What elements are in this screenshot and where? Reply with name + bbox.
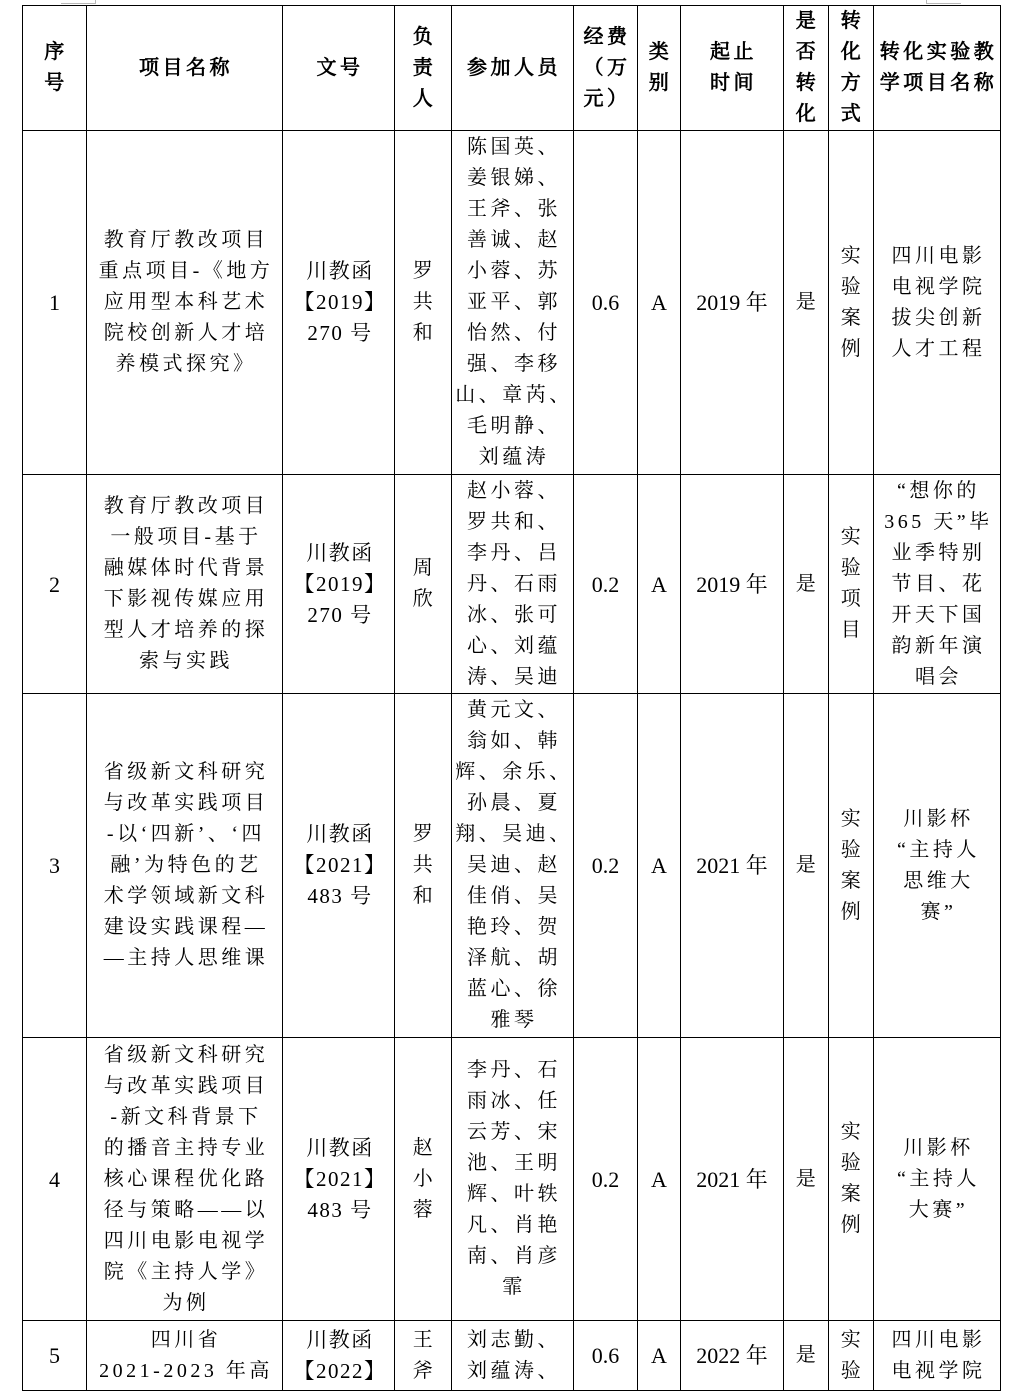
cell-conversion-method: 实验案例: [829, 1038, 874, 1321]
cell-project-name: 省级新文科研究 与改革实践项目 -新文科背景下 的播音主持专业 核心课程优化路 …: [87, 1038, 283, 1321]
funding-value: 0.6: [574, 287, 637, 318]
leader-name: 赵小蓉: [410, 1133, 437, 1226]
participants-list: 黄元文、 翁如、韩 辉、余乐、 孙晨、夏 翔、吴迪、 吴迪、赵 佳俏、吴 艳玲、…: [452, 695, 573, 1036]
project-name: 省级新文科研究 与改革实践项目 -新文科背景下 的播音主持专业 核心课程优化路 …: [87, 1040, 282, 1319]
cell-participants: 赵小蓉、 罗共和、 李丹、吕 丹、石雨 冰、张可 心、刘蕴 涛、吴迪: [452, 475, 574, 694]
cell-funding: 0.2: [574, 1038, 638, 1321]
cell-conversion-method: 实验项目: [829, 475, 874, 694]
cell-doc-no: 川教函 【2021】 483 号: [283, 1038, 395, 1321]
cell-period: 2019 年: [681, 131, 784, 475]
header-category-label: 类别: [646, 37, 673, 99]
cell-conversion-method: 实验案例: [829, 694, 874, 1038]
header-row: 序号 项目名称 文号 负责人 参加人员 经费 （万 元） 类别 起止 时间 是否…: [23, 6, 1001, 131]
cell-funding: 0.2: [574, 694, 638, 1038]
leader-name: 罗共和: [410, 256, 437, 349]
header-converted-project-name: 转化实验教 学项目名称: [874, 6, 1001, 131]
header-converted-project-name-label: 转化实验教 学项目名称: [874, 37, 1000, 99]
cell-index: 5: [23, 1321, 87, 1391]
category-value: A: [638, 1164, 680, 1195]
page-corner-mark-left: [61, 0, 96, 4]
converted-project-name: 四川电影 电视学院 拔尖创新 人才工程: [874, 241, 1000, 365]
cell-leader: 罗共和: [395, 694, 452, 1038]
header-period: 起止 时间: [681, 6, 784, 131]
period-value: 2019 年: [681, 287, 783, 318]
converted-project-name: 川影杯 “主持人 思维大 赛”: [874, 804, 1000, 928]
table-row: 1 教育厅教改项目 重点项目-《地方 应用型本科艺术 院校创新人才培 养模式探究…: [23, 131, 1001, 475]
period-value: 2019 年: [681, 569, 783, 600]
doc-no: 川教函 【2019】 270 号: [283, 538, 394, 631]
doc-no: 川教函 【2022】: [283, 1325, 394, 1387]
period-value: 2021 年: [681, 1164, 783, 1195]
cell-doc-no: 川教函 【2022】: [283, 1321, 395, 1391]
converted-value: 是: [793, 1164, 820, 1195]
cell-leader: 罗共和: [395, 131, 452, 475]
header-participants-label: 参加人员: [452, 53, 573, 84]
cell-converted: 是: [784, 1321, 829, 1391]
category-value: A: [638, 569, 680, 600]
cell-project-name: 教育厅教改项目 重点项目-《地方 应用型本科艺术 院校创新人才培 养模式探究》: [87, 131, 283, 475]
conversion-method: 实验案例: [838, 804, 865, 928]
header-funding: 经费 （万 元）: [574, 6, 638, 131]
header-project-name-label: 项目名称: [87, 53, 282, 84]
header-doc-no: 文号: [283, 6, 395, 131]
doc-no: 川教函 【2021】 483 号: [283, 819, 394, 912]
cell-conversion-method: 实验: [829, 1321, 874, 1391]
participants-list: 陈国英、 姜银娣、 王斧、张 善诚、赵 小蓉、苏 亚平、郭 怡然、付 强、李移 …: [452, 132, 573, 473]
cell-converted: 是: [784, 131, 829, 475]
cell-leader: 周欣: [395, 475, 452, 694]
cell-category: A: [638, 475, 681, 694]
row-index: 2: [23, 569, 86, 600]
conversion-method: 实验项目: [838, 522, 865, 646]
converted-value: 是: [793, 569, 820, 600]
cell-index: 1: [23, 131, 87, 475]
cell-converted-project-name: “想你的 365 天”毕 业季特别 节目、花 开天下国 韵新年演 唱会: [874, 475, 1001, 694]
converted-value: 是: [793, 1340, 820, 1371]
row-index: 5: [23, 1340, 86, 1371]
cell-converted: 是: [784, 1038, 829, 1321]
period-value: 2022 年: [681, 1340, 783, 1371]
cell-funding: 0.6: [574, 1321, 638, 1391]
participants-list: 李丹、石 雨冰、任 云芳、宋 池、王明 辉、叶轶 凡、肖艳 南、肖彦 霏: [452, 1055, 573, 1303]
row-index: 3: [23, 850, 86, 881]
funding-value: 0.2: [574, 569, 637, 600]
cell-project-name: 四川省 2021-2023 年高: [87, 1321, 283, 1391]
cell-leader: 王斧: [395, 1321, 452, 1391]
doc-no: 川教函 【2019】 270 号: [283, 256, 394, 349]
funding-value: 0.6: [574, 1340, 637, 1371]
converted-value: 是: [793, 850, 820, 881]
project-name: 教育厅教改项目 一般项目-基于 融媒体时代背景 下影视传媒应用 型人才培养的探 …: [87, 491, 282, 677]
project-name: 省级新文科研究 与改革实践项目 -以‘四新’、‘四 融’为特色的艺 术学领域新文…: [87, 757, 282, 974]
header-leader-label: 负责人: [410, 22, 437, 115]
header-index: 序号: [23, 6, 87, 131]
header-converted: 是否转化: [784, 6, 829, 131]
funding-value: 0.2: [574, 1164, 637, 1195]
conversion-method: 实验: [838, 1325, 865, 1387]
cell-funding: 0.2: [574, 475, 638, 694]
converted-value: 是: [793, 287, 820, 318]
cell-index: 2: [23, 475, 87, 694]
header-converted-label: 是否转化: [793, 6, 820, 130]
participants-list: 赵小蓉、 罗共和、 李丹、吕 丹、石雨 冰、张可 心、刘蕴 涛、吴迪: [452, 476, 573, 693]
cell-converted: 是: [784, 694, 829, 1038]
doc-no: 川教函 【2021】 483 号: [283, 1133, 394, 1226]
cell-category: A: [638, 694, 681, 1038]
cell-leader: 赵小蓉: [395, 1038, 452, 1321]
header-project-name: 项目名称: [87, 6, 283, 131]
cell-period: 2022 年: [681, 1321, 784, 1391]
cell-doc-no: 川教函 【2021】 483 号: [283, 694, 395, 1038]
header-leader: 负责人: [395, 6, 452, 131]
header-participants: 参加人员: [452, 6, 574, 131]
converted-project-name: 四川电影 电视学院: [874, 1325, 1000, 1387]
table-row: 3 省级新文科研究 与改革实践项目 -以‘四新’、‘四 融’为特色的艺 术学领域…: [23, 694, 1001, 1038]
cell-participants: 李丹、石 雨冰、任 云芳、宋 池、王明 辉、叶轶 凡、肖艳 南、肖彦 霏: [452, 1038, 574, 1321]
cell-category: A: [638, 1038, 681, 1321]
cell-converted-project-name: 川影杯 “主持人 思维大 赛”: [874, 694, 1001, 1038]
cell-doc-no: 川教函 【2019】 270 号: [283, 475, 395, 694]
row-index: 1: [23, 287, 86, 318]
cell-period: 2021 年: [681, 1038, 784, 1321]
period-value: 2021 年: [681, 850, 783, 881]
project-name: 教育厅教改项目 重点项目-《地方 应用型本科艺术 院校创新人才培 养模式探究》: [87, 225, 282, 380]
cell-index: 4: [23, 1038, 87, 1321]
cell-participants: 刘志勤、 刘蕴涛、: [452, 1321, 574, 1391]
header-funding-label: 经费 （万 元）: [574, 22, 637, 115]
row-index: 4: [23, 1164, 86, 1195]
header-conversion-method-label: 转化方式: [838, 6, 865, 130]
converted-project-name: 川影杯 “主持人 大赛”: [874, 1133, 1000, 1226]
header-period-label: 起止 时间: [681, 37, 783, 99]
projects-table: 序号 项目名称 文号 负责人 参加人员 经费 （万 元） 类别 起止 时间 是否…: [22, 5, 1001, 1391]
category-value: A: [638, 1340, 680, 1371]
header-conversion-method: 转化方式: [829, 6, 874, 131]
conversion-method: 实验案例: [838, 241, 865, 365]
table-row: 5 四川省 2021-2023 年高 川教函 【2022】 王斧 刘志勤、 刘蕴…: [23, 1321, 1001, 1391]
cell-funding: 0.6: [574, 131, 638, 475]
cell-converted: 是: [784, 475, 829, 694]
cell-period: 2019 年: [681, 475, 784, 694]
cell-participants: 黄元文、 翁如、韩 辉、余乐、 孙晨、夏 翔、吴迪、 吴迪、赵 佳俏、吴 艳玲、…: [452, 694, 574, 1038]
cell-project-name: 教育厅教改项目 一般项目-基于 融媒体时代背景 下影视传媒应用 型人才培养的探 …: [87, 475, 283, 694]
leader-name: 罗共和: [410, 819, 437, 912]
cell-converted-project-name: 川影杯 “主持人 大赛”: [874, 1038, 1001, 1321]
table-row: 2 教育厅教改项目 一般项目-基于 融媒体时代背景 下影视传媒应用 型人才培养的…: [23, 475, 1001, 694]
cell-project-name: 省级新文科研究 与改革实践项目 -以‘四新’、‘四 融’为特色的艺 术学领域新文…: [87, 694, 283, 1038]
header-index-label: 序号: [41, 37, 68, 99]
participants-list: 刘志勤、 刘蕴涛、: [452, 1325, 573, 1387]
cell-participants: 陈国英、 姜银娣、 王斧、张 善诚、赵 小蓉、苏 亚平、郭 怡然、付 强、李移 …: [452, 131, 574, 475]
page-corner-mark-right: [926, 0, 961, 4]
cell-converted-project-name: 四川电影 电视学院 拔尖创新 人才工程: [874, 131, 1001, 475]
leader-name: 周欣: [410, 553, 437, 615]
cell-period: 2021 年: [681, 694, 784, 1038]
converted-project-name: “想你的 365 天”毕 业季特别 节目、花 开天下国 韵新年演 唱会: [874, 476, 1000, 693]
project-name: 四川省 2021-2023 年高: [87, 1325, 282, 1387]
cell-converted-project-name: 四川电影 电视学院: [874, 1321, 1001, 1391]
leader-name: 王斧: [410, 1325, 437, 1387]
category-value: A: [638, 850, 680, 881]
cell-category: A: [638, 1321, 681, 1391]
funding-value: 0.2: [574, 850, 637, 881]
cell-doc-no: 川教函 【2019】 270 号: [283, 131, 395, 475]
conversion-method: 实验案例: [838, 1117, 865, 1241]
header-category: 类别: [638, 6, 681, 131]
cell-conversion-method: 实验案例: [829, 131, 874, 475]
table-row: 4 省级新文科研究 与改革实践项目 -新文科背景下 的播音主持专业 核心课程优化…: [23, 1038, 1001, 1321]
cell-index: 3: [23, 694, 87, 1038]
category-value: A: [638, 287, 680, 318]
cell-category: A: [638, 131, 681, 475]
header-doc-no-label: 文号: [283, 53, 394, 84]
